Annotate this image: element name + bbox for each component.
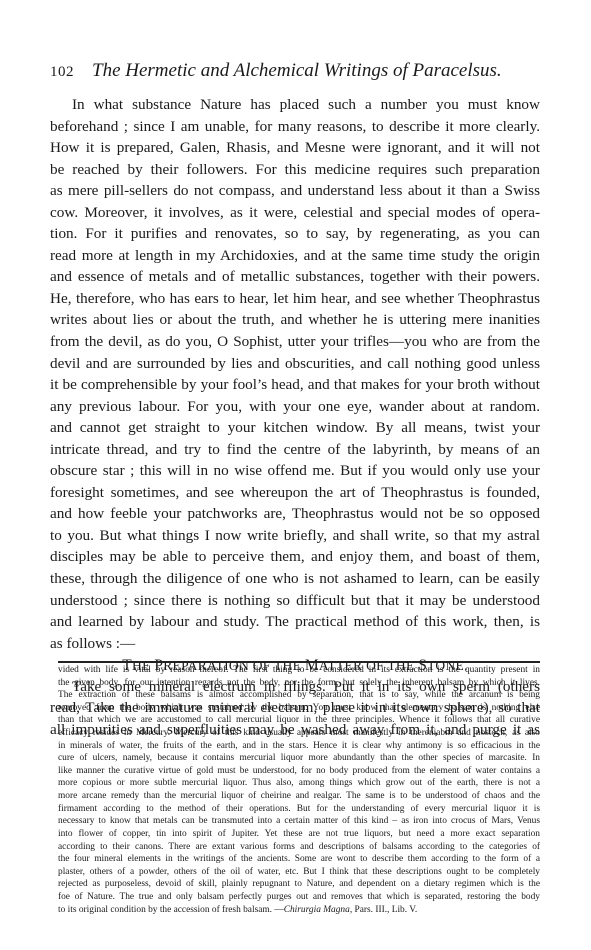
footnote-line: more copious or more subtle mercurial li… bbox=[58, 777, 540, 790]
footnote-line: firmament according to the method of the… bbox=[58, 803, 540, 816]
footnote-line: efficacy resides in Mercury. Mercury of … bbox=[58, 727, 540, 740]
text-line: read more at length in my Archidoxies, a… bbox=[50, 245, 540, 267]
footnote-line: like manner the curative virtue of gold … bbox=[58, 765, 540, 778]
text-line: intricate thread, and try to find the ce… bbox=[50, 439, 540, 461]
footnote-line: The extraction of these balsams is almos… bbox=[58, 689, 540, 702]
citation-title: Chirurgia Magna bbox=[284, 905, 350, 915]
text-line: and learned by labour and study. The pra… bbox=[50, 611, 540, 633]
footnote-text: to its original condition by the accessi… bbox=[58, 905, 284, 915]
text-line: writes about lies or about the truth, an… bbox=[50, 309, 540, 331]
text-line: tion. For it purifies and renovates, so … bbox=[50, 223, 540, 245]
footnote-line: more arcane remedy than the mercurial li… bbox=[58, 790, 540, 803]
text-line: from the devil, as do you, O Sophist, ut… bbox=[50, 331, 540, 353]
footnote-line: cure of ulcers, namely, because it conta… bbox=[58, 752, 540, 765]
footnote-line: foe of Nature. The true and only balsam … bbox=[58, 891, 540, 904]
footnote-line: than that which we are accustomed to cal… bbox=[58, 714, 540, 727]
text-line: He, therefore, who has ears to hear, let… bbox=[50, 288, 540, 310]
text-line: understood ; since there is nothing so d… bbox=[50, 590, 540, 612]
text-line: and how feeble your patchworks are, Theo… bbox=[50, 503, 540, 525]
footnote-line: necessary to know that metals can be tra… bbox=[58, 815, 540, 828]
main-text: In what substance Nature has placed such… bbox=[50, 94, 540, 740]
text-line: devil and are surrounded by lies and obs… bbox=[50, 353, 540, 375]
footnote-line: plaster, others of a powder, others of t… bbox=[58, 866, 540, 879]
text-line: cow. Moreover, it involves, as it were, … bbox=[50, 202, 540, 224]
book-page: 102 The Hermetic and Alchemical Writings… bbox=[0, 0, 591, 950]
footnote-line: the given body, for our intention regard… bbox=[58, 677, 540, 690]
footnote-line: removed from the body which was sustaine… bbox=[58, 702, 540, 715]
text-line: it be comprehensible by your fool’s head… bbox=[50, 374, 540, 396]
text-line: any previous labour. For you, with your … bbox=[50, 396, 540, 418]
running-title: The Hermetic and Alchemical Writings of … bbox=[92, 60, 502, 81]
footnote-line: vided with life is vital by reason there… bbox=[58, 664, 540, 677]
footnote: vided with life is vital by reason there… bbox=[58, 664, 540, 916]
text-line: beforehand ; since I am unable, for many… bbox=[50, 116, 540, 138]
text-line: these, through the diligence of one who … bbox=[50, 568, 540, 590]
page-number: 102 bbox=[50, 64, 74, 80]
footnote-line: according to their canons. There are ext… bbox=[58, 841, 540, 854]
text-line: and essence of metals and of metallic su… bbox=[50, 266, 540, 288]
footnote-line: rejected as purposeless, devoid of skill… bbox=[58, 878, 540, 891]
footnote-divider bbox=[58, 661, 540, 663]
text-line: obscure star ; this will in no wise offe… bbox=[50, 460, 540, 482]
running-head: 102 The Hermetic and Alchemical Writings… bbox=[50, 60, 550, 84]
footnote-line: to its original condition by the accessi… bbox=[58, 904, 540, 917]
footnote-line: into flower of copper, tin into spirit o… bbox=[58, 828, 540, 841]
text-line: How it is prepared, Galen, Rhasis, and M… bbox=[50, 137, 540, 159]
text-line: as follows :— bbox=[50, 633, 540, 655]
text-line: foresight sometimes, and see whereupon t… bbox=[50, 482, 540, 504]
footnote-line: in minerals of water, the fruits of the … bbox=[58, 740, 540, 753]
citation-reference: , Pars. III., Lib. V. bbox=[350, 905, 417, 915]
text-line: and cannot get straight to your kitchen … bbox=[50, 417, 540, 439]
text-line: In what substance Nature has placed such… bbox=[50, 94, 540, 116]
text-line: to you. But what things I now write brie… bbox=[50, 525, 540, 547]
text-line: be reached by their followers. For this … bbox=[50, 159, 540, 181]
text-line: as mere pill-sellers do not compass, and… bbox=[50, 180, 540, 202]
text-line: disciples may be able to perceive them, … bbox=[50, 546, 540, 568]
footnote-line: the four mineral elements in the writing… bbox=[58, 853, 540, 866]
